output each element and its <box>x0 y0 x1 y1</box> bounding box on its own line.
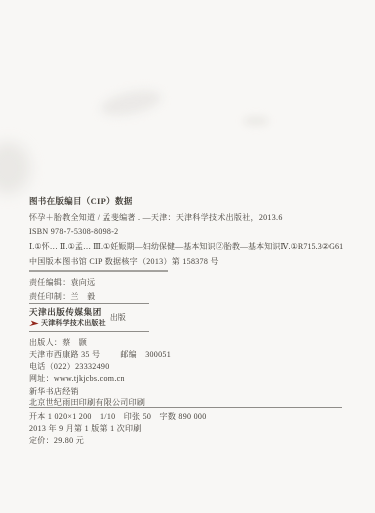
isbn-line: ISBN 978-7-5308-8098-2 <box>29 227 118 237</box>
copyright-page: 图书在版编目（CIP）数据 怀孕＋胎教全知道 / 孟斐编著 . —天津：天津科学… <box>0 0 375 513</box>
cip-record-line: 中国版本图书馆 CIP 数据核字（2013）第 158378 号 <box>29 257 219 267</box>
responsible-printer-line: 责任印制：兰 毅 <box>29 292 95 302</box>
scan-smudge <box>0 142 30 194</box>
distribution-line: 新华书店经销 <box>29 387 79 397</box>
press-name-line: 天津科学技术出版社 <box>29 319 106 327</box>
press-flag-icon <box>29 320 39 327</box>
edition-line: 2013 年 9 月第 1 版第 1 次印刷 <box>29 424 142 434</box>
divider-cip <box>29 270 168 272</box>
responsible-editor-line: 责任编辑：袁向远 <box>29 278 95 288</box>
book-title-line: 怀孕＋胎教全知道 / 孟斐编著 . —天津：天津科学技术出版社，2013.6 <box>29 213 283 223</box>
press-name: 天津科学技术出版社 <box>41 319 106 327</box>
publisher-group-name: 天津出版传媒集团 <box>29 307 106 317</box>
publisher-person-line: 出版人：蔡 颢 <box>29 338 87 348</box>
address: 天津市西康路 35 号 <box>29 350 100 359</box>
address-line: 天津市西康路 35 号邮编 300051 <box>29 350 171 360</box>
divider-print-spec <box>29 407 342 408</box>
website-line: 网址：www.tjkjcbs.com.cn <box>29 374 125 384</box>
publish-label: 出版 <box>110 312 126 323</box>
price-line: 定价：29.80 元 <box>29 436 84 446</box>
copyright-content: 图书在版编目（CIP）数据 怀孕＋胎教全知道 / 孟斐编著 . —天津：天津科学… <box>29 0 369 513</box>
format-line: 开本 1 020×1 200 1/10 印张 50 字数 890 000 <box>29 412 207 422</box>
postcode: 邮编 300051 <box>120 350 171 359</box>
publisher-logo-block: 天津出版传媒集团 天津科学技术出版社 出版 <box>29 303 149 332</box>
cip-header: 图书在版编目（CIP）数据 <box>29 196 133 206</box>
publisher-logo-column: 天津出版传媒集团 天津科学技术出版社 <box>29 307 106 327</box>
phone-line: 电话（022）23332490 <box>29 362 110 372</box>
classification-line: Ⅰ.①怀… Ⅱ.①孟… Ⅲ.①妊娠期—妇幼保健—基本知识②胎教—基本知识Ⅳ.①R… <box>29 242 343 252</box>
